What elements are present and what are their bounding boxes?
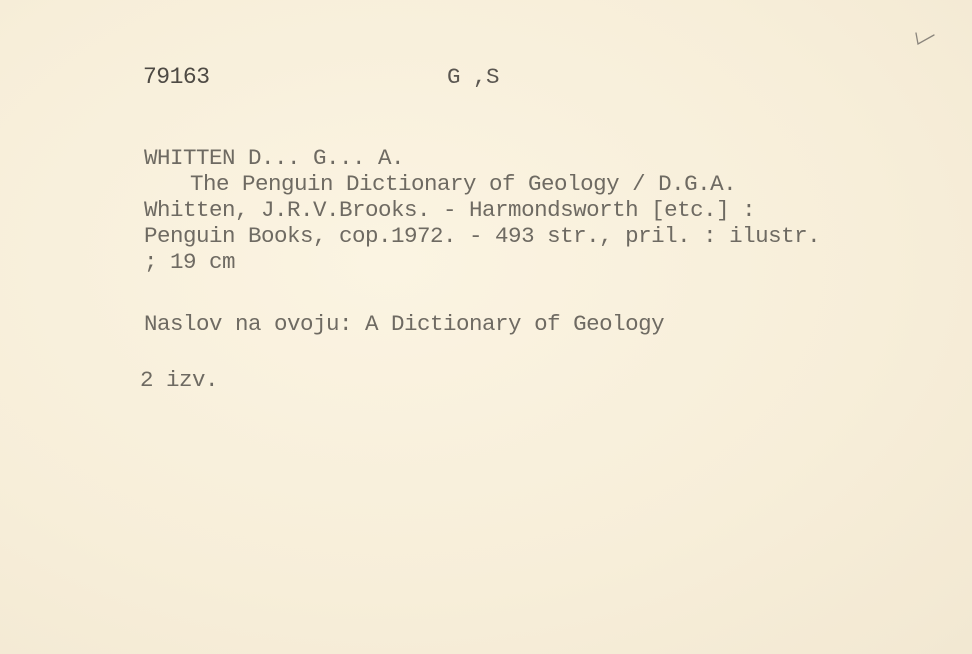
cover-title-note: Naslov na ovoju: A Dictionary of Geology [144, 313, 664, 336]
dimensions-line: ; 19 cm [144, 251, 235, 274]
shelf-signature: G ,S [447, 66, 499, 89]
edition-note: 2 izv. [140, 369, 218, 392]
responsibility-line: Whitten, J.R.V.Brooks. - Harmondsworth [… [144, 199, 755, 222]
catalog-card: 79163 G ,S WHITTEN D... G... A. The Peng… [0, 0, 972, 654]
title-line: The Penguin Dictionary of Geology / D.G.… [190, 173, 736, 196]
publication-line: Penguin Books, cop.1972. - 493 str., pri… [144, 225, 820, 248]
author-heading: WHITTEN D... G... A. [144, 147, 404, 170]
accession-number: 79163 [143, 66, 210, 89]
check-mark-icon [912, 30, 938, 48]
